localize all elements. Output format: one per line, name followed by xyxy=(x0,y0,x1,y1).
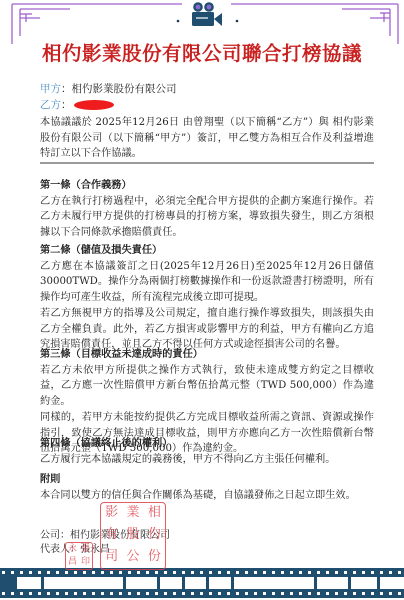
section-paragraph: 乙方在執行打榜過程中，必須完全配合甲方提供的企劃方案進行操作。若乙方未履行甲方提… xyxy=(40,194,374,241)
representative-seal-stamp: 永 張 昌 印 xyxy=(65,542,93,570)
seal-char: 份 xyxy=(144,547,165,569)
section-paragraph: 若乙方無視甲方的指導及公司規定，擅自進行操作導致損失，則該損失由乙方全權負責。此… xyxy=(40,306,374,353)
section-paragraph: 乙方履行完本協議規定的義務後，甲方不得向乙方主張任何權利。 xyxy=(40,452,374,468)
seal-char: 股 xyxy=(122,525,143,547)
section-heading: 第一條（合作義務） xyxy=(40,178,374,194)
section-appendix: 附則 本合同以雙方的信任與合作關係為基礎，自協議發佈之日起立即生效。 xyxy=(40,472,374,503)
seal-char: 印 xyxy=(79,556,92,569)
company-seal-stamp: 影 業 相 有 股 仢 司 公 份 xyxy=(100,502,166,570)
section-paragraph: 乙方應在本協議簽訂之日(2025年12月26日)至2025年12月26日儲值30… xyxy=(40,259,374,306)
company-label: 公司： xyxy=(40,530,70,541)
seal-char: 仢 xyxy=(144,525,165,547)
parties-block: 甲方：相仢影業股份有限公司 乙方： xyxy=(40,81,177,113)
seal-char: 昌 xyxy=(66,556,79,569)
party-a-line: 甲方：相仢影業股份有限公司 xyxy=(40,81,177,97)
section-2: 第二條（儲值及損失責任） 乙方應在本協議簽訂之日(2025年12月26日)至20… xyxy=(40,243,374,353)
party-a-label: 甲方 xyxy=(40,83,61,95)
section-paragraph: 本合同以雙方的信任與合作關係為基礎，自協議發佈之日起立即生效。 xyxy=(40,488,374,504)
section-1: 第一條（合作義務） 乙方在執行打榜過程中，必須完全配合甲方提供的企劃方案進行操作… xyxy=(40,178,374,241)
intro-text: 本協議議於 2025年12月26日 由曾翔聖（以下簡稱“乙方”）與 相仢影業股份… xyxy=(40,115,374,162)
section-4: 第四條（協議终止後的權利） 乙方履行完本協議規定的義務後，甲方不得向乙方主張任何… xyxy=(40,436,374,467)
party-b-label: 乙方 xyxy=(40,99,61,111)
section-paragraph: 若乙方未依甲方所提供之操作方式執行，致使未達成雙方約定之目標收益，乙方應一次性賠… xyxy=(40,363,374,410)
section-heading: 第四條（協議终止後的權利） xyxy=(40,436,374,452)
seal-char: 業 xyxy=(122,503,143,525)
intro-paragraph: 本協議議於 2025年12月26日 由曾翔聖（以下簡稱“乙方”）與 相仢影業股份… xyxy=(40,115,374,162)
section-heading: 附則 xyxy=(40,472,374,488)
filmstrip-decoration xyxy=(0,568,404,598)
seal-char: 有 xyxy=(101,525,122,547)
section-heading: 第三條（目標收益未達成時的責任） xyxy=(40,347,374,363)
movie-camera-icon xyxy=(192,2,222,26)
seal-char: 相 xyxy=(144,503,165,525)
seal-char: 公 xyxy=(122,547,143,569)
seal-char: 永 xyxy=(66,543,79,556)
seal-char: 影 xyxy=(101,503,122,525)
seal-char: 張 xyxy=(79,543,92,556)
party-a-value: ：相仢影業股份有限公司 xyxy=(61,83,177,95)
redaction-mark xyxy=(73,100,114,110)
seal-char: 司 xyxy=(101,547,122,569)
divider xyxy=(40,162,374,164)
party-b-value: ： xyxy=(61,99,72,111)
section-heading: 第二條（儲值及損失責任） xyxy=(40,243,374,259)
document-title: 相仢影業股份有限公司聯合打榜協議 xyxy=(0,38,404,66)
party-b-line: 乙方： xyxy=(40,97,177,113)
